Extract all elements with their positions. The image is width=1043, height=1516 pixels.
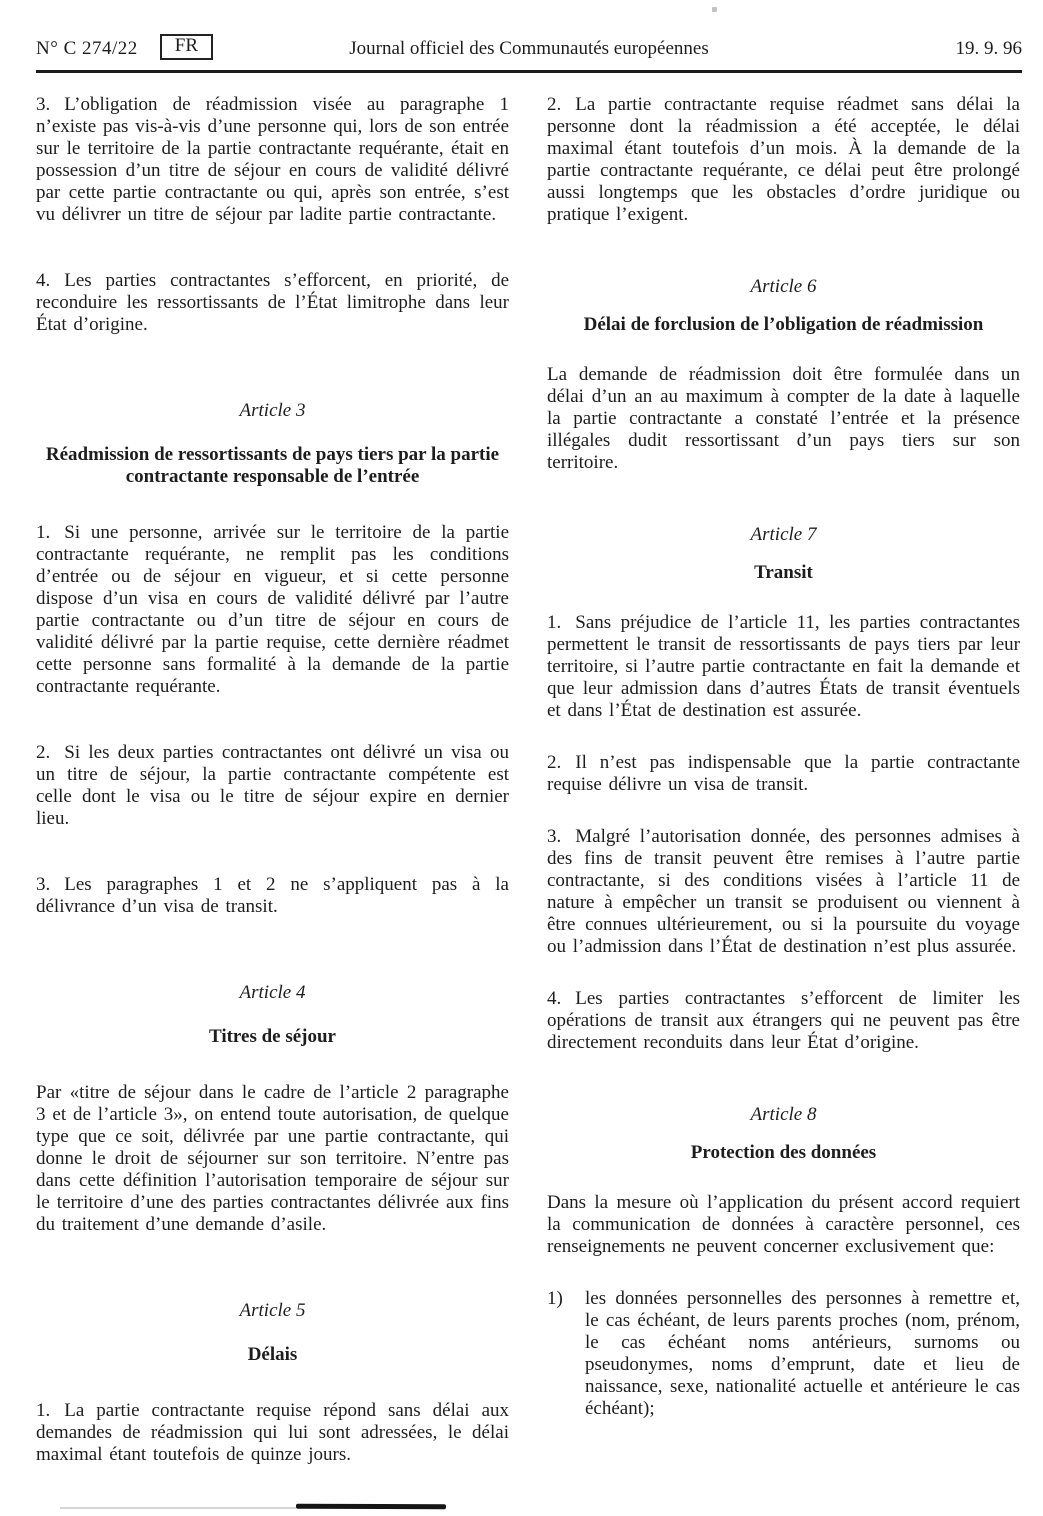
paragraph-text: Si les deux parties contractantes ont dé… xyxy=(36,742,509,829)
paragraph-number: 1. xyxy=(547,612,561,633)
paragraph: 4.Les parties contractantes s’efforcent,… xyxy=(36,270,509,336)
paragraph-number: 1. xyxy=(36,522,50,543)
page-header: N° C 274/22 FR Journal officiel des Comm… xyxy=(36,0,1022,73)
article-number-heading: Article 8 xyxy=(547,1104,1020,1126)
list-item-number: 1) xyxy=(547,1288,585,1420)
scan-artifact xyxy=(712,7,717,12)
article-title: Titres de séjour xyxy=(36,1026,509,1048)
paragraph: 2.Il n’est pas indispensable que la part… xyxy=(547,752,1020,796)
two-column-body: 3.L’obligation de réadmission visée au p… xyxy=(36,94,1022,1516)
paragraph-number: 4. xyxy=(547,988,561,1009)
paragraph-number: 2. xyxy=(547,752,561,773)
article-title: Délai de forclusion de l’obligation de r… xyxy=(547,314,1020,336)
journal-title: Journal officiel des Communautés europée… xyxy=(36,38,1022,60)
paragraph: 3.Malgré l’autorisation donnée, des pers… xyxy=(547,826,1020,958)
article-number-heading: Article 3 xyxy=(36,400,509,422)
paragraph: 1.La partie contractante requise répond … xyxy=(36,1400,509,1466)
paragraph-text: Si une personne, arrivée sur le territoi… xyxy=(36,522,509,697)
paragraph: 1.Si une personne, arrivée sur le territ… xyxy=(36,522,509,698)
article-number-heading: Article 7 xyxy=(547,524,1020,546)
paragraph: 3.L’obligation de réadmission visée au p… xyxy=(36,94,509,226)
paragraph: Par «titre de séjour dans le cadre de l’… xyxy=(36,1082,509,1236)
paragraph: La demande de réadmission doit être form… xyxy=(547,364,1020,474)
article-title: Délais xyxy=(36,1344,509,1366)
paragraph-text: L’obligation de réadmission visée au par… xyxy=(36,94,509,225)
paragraph-number: 1. xyxy=(36,1400,50,1421)
paragraph-number: 3. xyxy=(547,826,561,847)
paragraph: 2.Si les deux parties contractantes ont … xyxy=(36,742,509,830)
left-column: 3.L’obligation de réadmission visée au p… xyxy=(36,94,509,1516)
paragraph-number: 3. xyxy=(36,94,50,115)
right-column: 2.La partie contractante requise réadmet… xyxy=(547,94,1020,1516)
paragraph-text: Les paragraphes 1 et 2 ne s’appliquent p… xyxy=(36,874,509,917)
article-title: Transit xyxy=(547,562,1020,584)
paragraph-text: Les parties contractantes s’efforcent de… xyxy=(547,988,1020,1053)
paragraph-number: 3. xyxy=(36,874,50,895)
article-number-heading: Article 6 xyxy=(547,276,1020,298)
article-title: Réadmission de ressortissants de pays ti… xyxy=(36,444,509,488)
paragraph-text: La partie contractante requise réadmet s… xyxy=(547,94,1020,225)
paragraph-text: Il n’est pas indispensable que la partie… xyxy=(547,752,1020,795)
scan-artifact xyxy=(60,1507,296,1509)
article-title: Protection des données xyxy=(547,1142,1020,1164)
paragraph-text: Malgré l’autorisation donnée, des person… xyxy=(547,826,1020,957)
scan-artifact xyxy=(296,1504,446,1510)
list-item: 1)les données personnelles des personnes… xyxy=(547,1288,1020,1420)
paragraph: 4.Les parties contractantes s’efforcent … xyxy=(547,988,1020,1054)
paragraph-text: La demande de réadmission doit être form… xyxy=(547,364,1020,473)
paragraph-text: Sans préjudice de l’article 11, les part… xyxy=(547,612,1020,721)
paragraph: 3.Les paragraphes 1 et 2 ne s’appliquent… xyxy=(36,874,509,918)
paragraph-text: Dans la mesure où l’application du prése… xyxy=(547,1192,1020,1257)
journal-page: N° C 274/22 FR Journal officiel des Comm… xyxy=(0,0,1043,1516)
paragraph: 2.La partie contractante requise réadmet… xyxy=(547,94,1020,226)
paragraph: Dans la mesure où l’application du prése… xyxy=(547,1192,1020,1258)
paragraph-text: La partie contractante requise répond sa… xyxy=(36,1400,509,1465)
paragraph-number: 2. xyxy=(547,94,561,115)
paragraph-text: Par «titre de séjour dans le cadre de l’… xyxy=(36,1082,509,1235)
article-number-heading: Article 4 xyxy=(36,982,509,1004)
paragraph-text: Les parties contractantes s’efforcent, e… xyxy=(36,270,509,335)
paragraph-number: 4. xyxy=(36,270,50,291)
paragraph-number: 2. xyxy=(36,742,50,763)
paragraph: 1.Sans préjudice de l’article 11, les pa… xyxy=(547,612,1020,722)
article-number-heading: Article 5 xyxy=(36,1300,509,1322)
list-item-text: les données personnelles des personnes à… xyxy=(585,1288,1020,1420)
